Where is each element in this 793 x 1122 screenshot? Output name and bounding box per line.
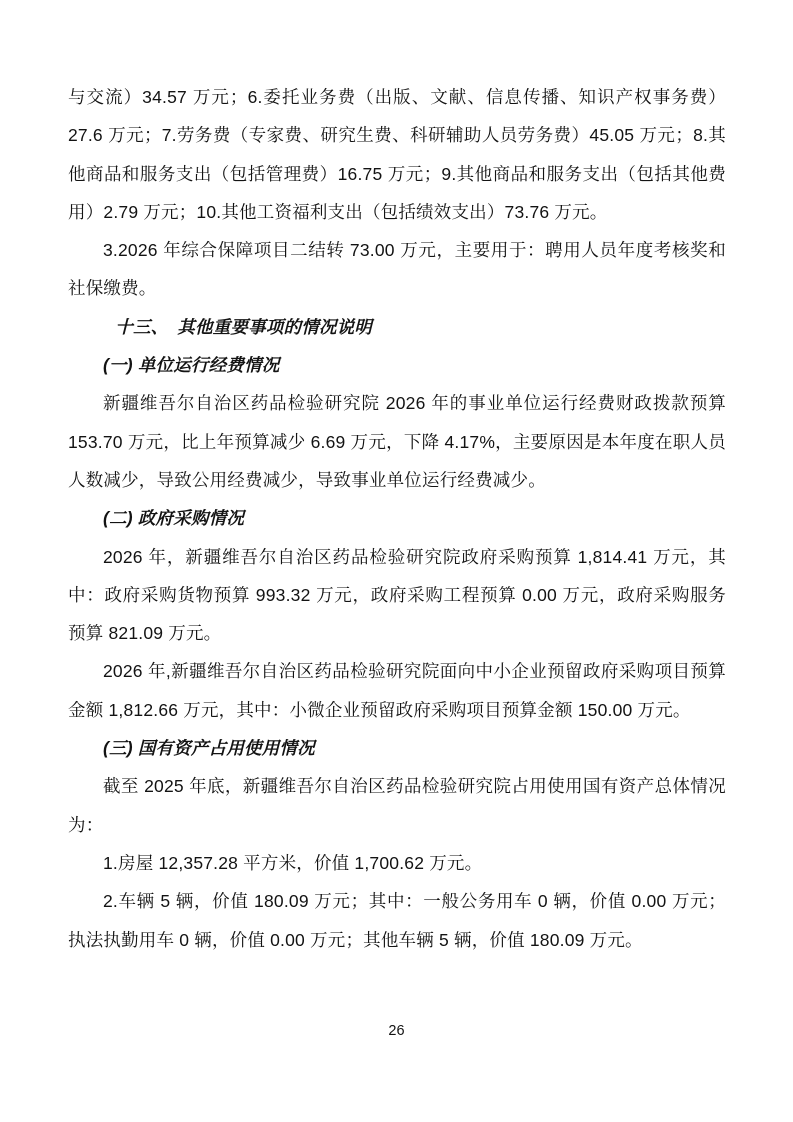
paragraph-assets-vehicles: 2.车辆 5 辆，价值 180.09 万元；其中：一般公务用车 0 辆，价值 0… bbox=[68, 882, 726, 959]
section-heading-other-important-matters: 十三、 其他重要事项的情况说明 bbox=[68, 308, 726, 346]
subheading-government-procurement: (二) 政府采购情况 bbox=[68, 499, 726, 537]
paragraph-unit-operating-expenses: 新疆维吾尔自治区药品检验研究院 2026 年的事业单位运行经费财政拨款预算 15… bbox=[68, 384, 726, 499]
paragraph-government-procurement-budget: 2026 年，新疆维吾尔自治区药品检验研究院政府采购预算 1,814.41 万元… bbox=[68, 538, 726, 653]
subheading-state-owned-assets: (三) 国有资产占用使用情况 bbox=[68, 729, 726, 767]
paragraph-sme-reserved-procurement: 2026 年,新疆维吾尔自治区药品检验研究院面向中小企业预留政府采购项目预算金额… bbox=[68, 652, 726, 729]
subheading-unit-operating-expenses: (一) 单位运行经费情况 bbox=[68, 346, 726, 384]
document-body: 与交流）34.57 万元；6.委托业务费（出版、文献、信息传播、知识产权事务费）… bbox=[68, 78, 726, 959]
paragraph-assets-housing: 1.房屋 12,357.28 平方米，价值 1,700.62 万元。 bbox=[68, 844, 726, 882]
paragraph-assets-overview: 截至 2025 年底，新疆维吾尔自治区药品检验研究院占用使用国有资产总体情况为： bbox=[68, 767, 726, 844]
document-page: 与交流）34.57 万元；6.委托业务费（出版、文献、信息传播、知识产权事务费）… bbox=[0, 0, 793, 1122]
page-number: 26 bbox=[0, 1023, 793, 1039]
paragraph-project-carryover: 3.2026 年综合保障项目二结转 73.00 万元，主要用于：聘用人员年度考核… bbox=[68, 231, 726, 308]
paragraph-expense-items-continued: 与交流）34.57 万元；6.委托业务费（出版、文献、信息传播、知识产权事务费）… bbox=[68, 78, 726, 231]
